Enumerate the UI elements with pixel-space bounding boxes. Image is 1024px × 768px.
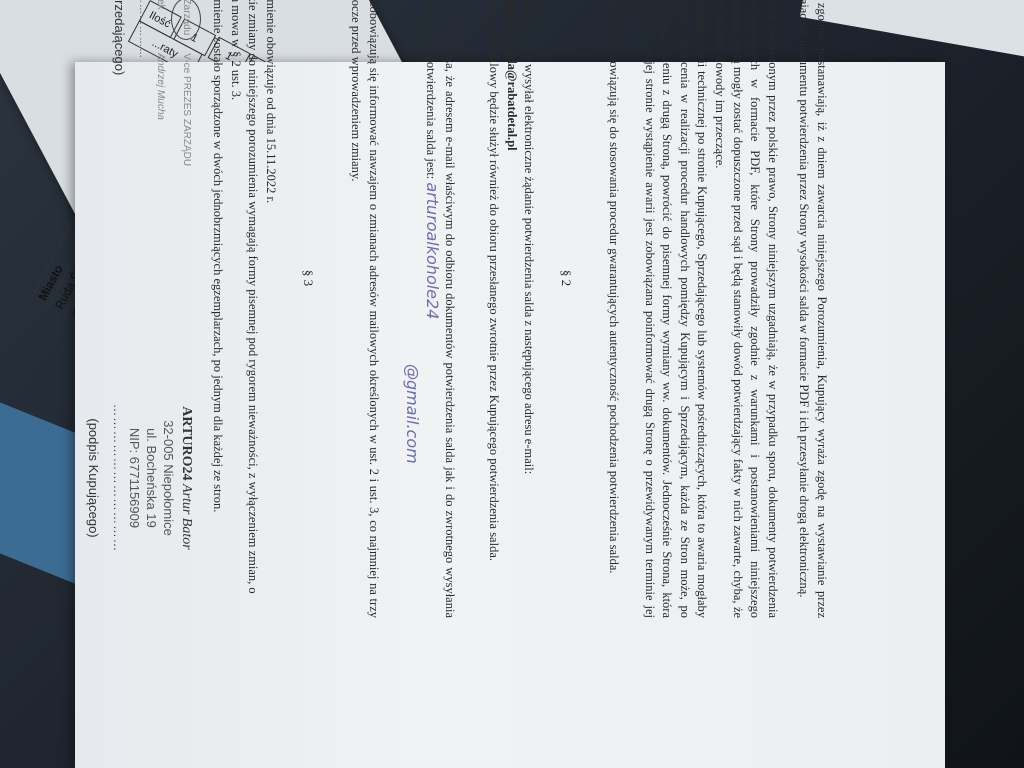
background-paper-top-right [800, 0, 1024, 62]
list-item: 4. W przypadku awarii technicznej po str… [622, 0, 710, 618]
stamp-title: V-ce PREZES ZARZĄDU [177, 53, 195, 166]
buyer-signature-block: ARTURO24 Artur Bator 32-005 Niepołomice … [85, 348, 195, 608]
handwritten-buyer-email: arturoalkohole24 [423, 182, 442, 319]
buyer-signature-caption: (podpis Kupującego) [85, 348, 103, 608]
list-item: 3. Strony zobowiązują się informować naw… [347, 0, 382, 618]
list-item: 2. Kupujący oświadcza, że adresem e-mail… [402, 0, 459, 618]
stamp-name: Tomasz Wnorek [151, 0, 169, 35]
list-item: 3. W zakresie dozwolonym przez polskie p… [710, 0, 780, 618]
list-item: 2. Strony zgodnie postanawiają, iż z dni… [795, 0, 830, 618]
signature-line: …………………………… [108, 348, 126, 608]
list-item: 1. Porozumienie obowiązuje od dnia 15.11… [261, 0, 279, 618]
stamp-name: Andrzej Mucha [151, 53, 169, 166]
signatures: I Wiceprezes Zarządu Tomasz Wnorek V-ce … [85, 0, 195, 618]
buyer-stamp-company: ARTURO24 Artur Bator [177, 348, 195, 608]
section-2-heading: § 2 [557, 0, 575, 618]
agreement-text: 2. Strony zgodnie postanawiają, iż z dni… [0, 0, 830, 618]
signature-line: …………………………… [134, 0, 152, 188]
list-item: 2. Wszelkie zmiany do niniejszego porozu… [226, 0, 261, 618]
list-item: 3. Porozumienie zostało sporządzone w dw… [209, 0, 227, 618]
seller-signature-caption: (podpis Sprzedającego) [110, 0, 128, 188]
section1-list: 2. Strony zgodnie postanawiają, iż z dni… [605, 0, 830, 618]
seller-email: potwierdzenie.salda@rabatdetal.pl [505, 0, 519, 151]
list-item: 1. Sprzedający będzie wysyłał elektronic… [485, 0, 538, 618]
seller-signature-block: I Wiceprezes Zarządu Tomasz Wnorek V-ce … [85, 0, 195, 188]
list-item: 5. Strony zgodnie zobowiązują się do sto… [605, 0, 623, 618]
signature-scribble [171, 0, 201, 40]
section-3-heading: § 3 [299, 0, 317, 618]
